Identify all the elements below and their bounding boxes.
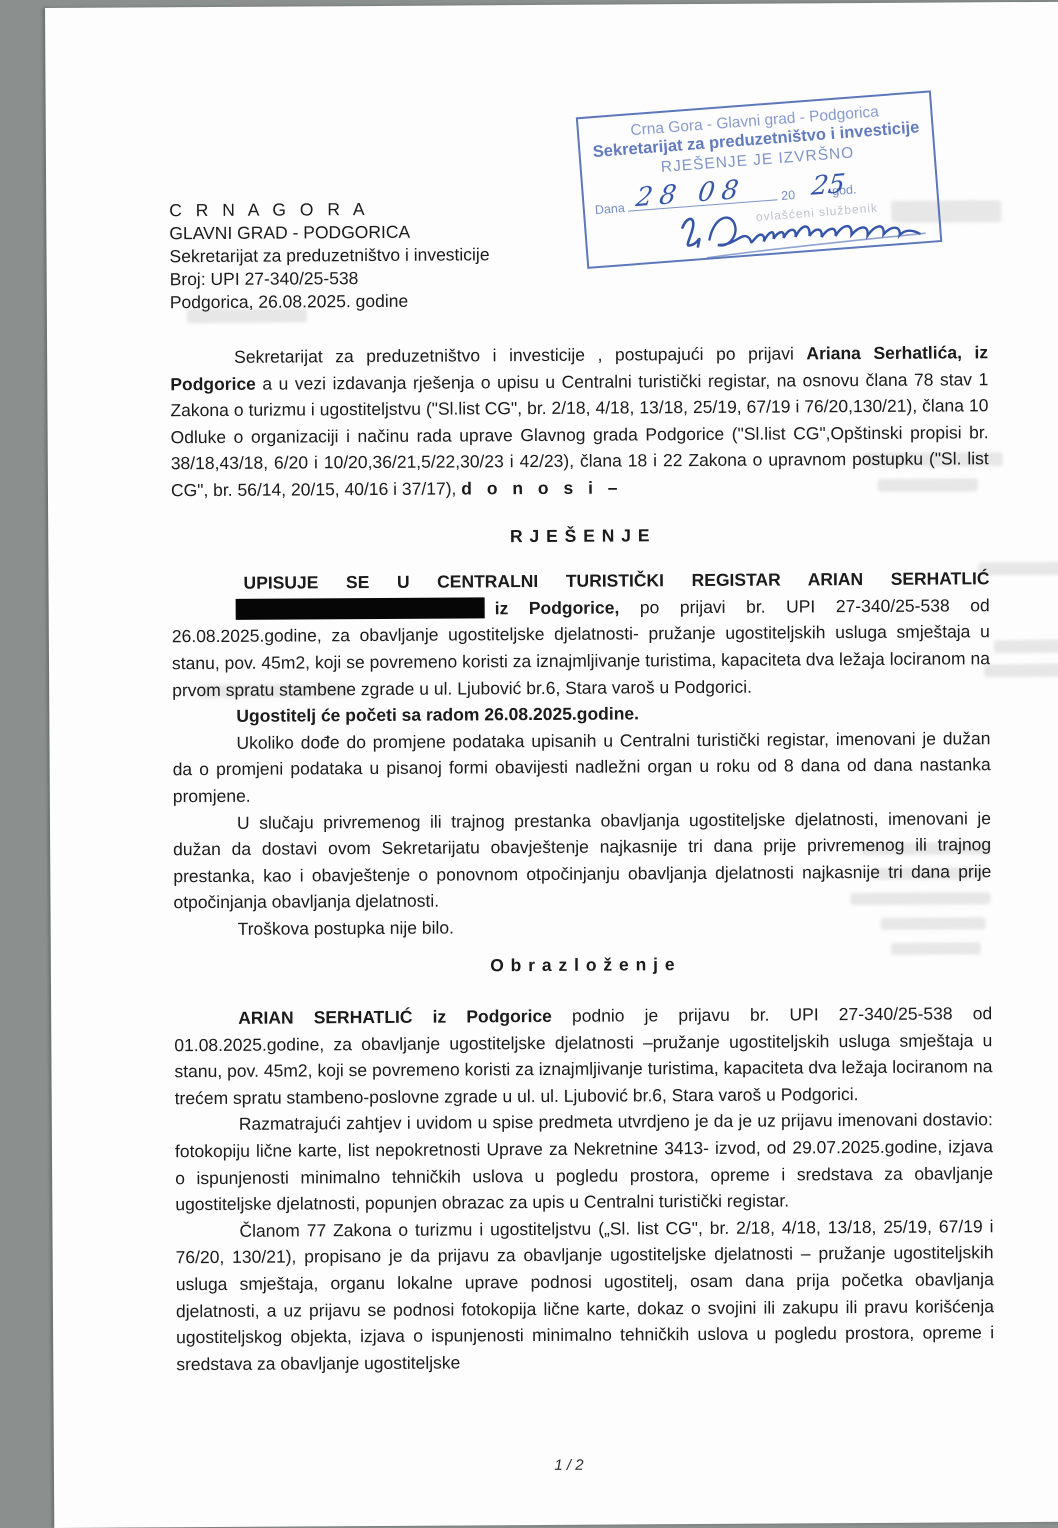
document-body: C R N A G O R A GLAVNI GRAD - PODGORICA … bbox=[168, 2, 994, 1377]
operative-paragraph: iz Podgorice, po prijavi br. UPI 27-340/… bbox=[172, 592, 991, 703]
bleed-through-artifact bbox=[978, 562, 1058, 576]
donosi-phrase: d o n o s i – bbox=[461, 477, 622, 498]
applicant-name-explanation: ARIAN SERHATLIĆ iz Podgorice bbox=[238, 1006, 552, 1028]
operative-part: UPISUJE SE U CENTRALNI TURISTIČKI REGIST… bbox=[171, 565, 990, 703]
decision-heading: R J E Š E N J E bbox=[171, 520, 989, 552]
intro-seg1: Sekretarijat za preduzetništvo i investi… bbox=[234, 343, 806, 366]
bleed-through-artifact bbox=[984, 664, 1058, 678]
applicant-city-bold: iz Podgorice, bbox=[495, 597, 620, 618]
place-and-date: Podgorica, 26.08.2025. godine bbox=[170, 286, 988, 314]
explanation-paragraph-1: ARIAN SERHATLIĆ iz Podgorice podnio je p… bbox=[174, 1000, 993, 1111]
cease-obligation-paragraph: U slučaju privremenog ili trajnog presta… bbox=[173, 805, 992, 916]
page-number: 1 / 2 bbox=[54, 1454, 1058, 1477]
scanned-document-page: Crna Gora - Glavni grad - Podgorica Sekr… bbox=[45, 2, 1058, 1497]
letterhead: C R N A G O R A GLAVNI GRAD - PODGORICA … bbox=[169, 194, 988, 314]
redaction-bar bbox=[236, 597, 485, 620]
explanation-paragraph-2: Razmatrajući zahtjev i uvidom u spise pr… bbox=[175, 1107, 994, 1218]
costs-line: Troškova postupka nije bilo. bbox=[174, 911, 992, 943]
bleed-through-artifact bbox=[994, 640, 1058, 654]
change-obligation-paragraph: Ukoliko dođe do promjene podataka upisan… bbox=[172, 725, 990, 810]
explanation-paragraph-3: Članom 77 Zakona o turizmu i ugostiteljs… bbox=[175, 1213, 994, 1378]
intro-paragraph: Sekretarijat za preduzetništvo i investi… bbox=[170, 339, 989, 504]
explanation-heading: O b r a z l o ž e n j e bbox=[174, 950, 992, 982]
